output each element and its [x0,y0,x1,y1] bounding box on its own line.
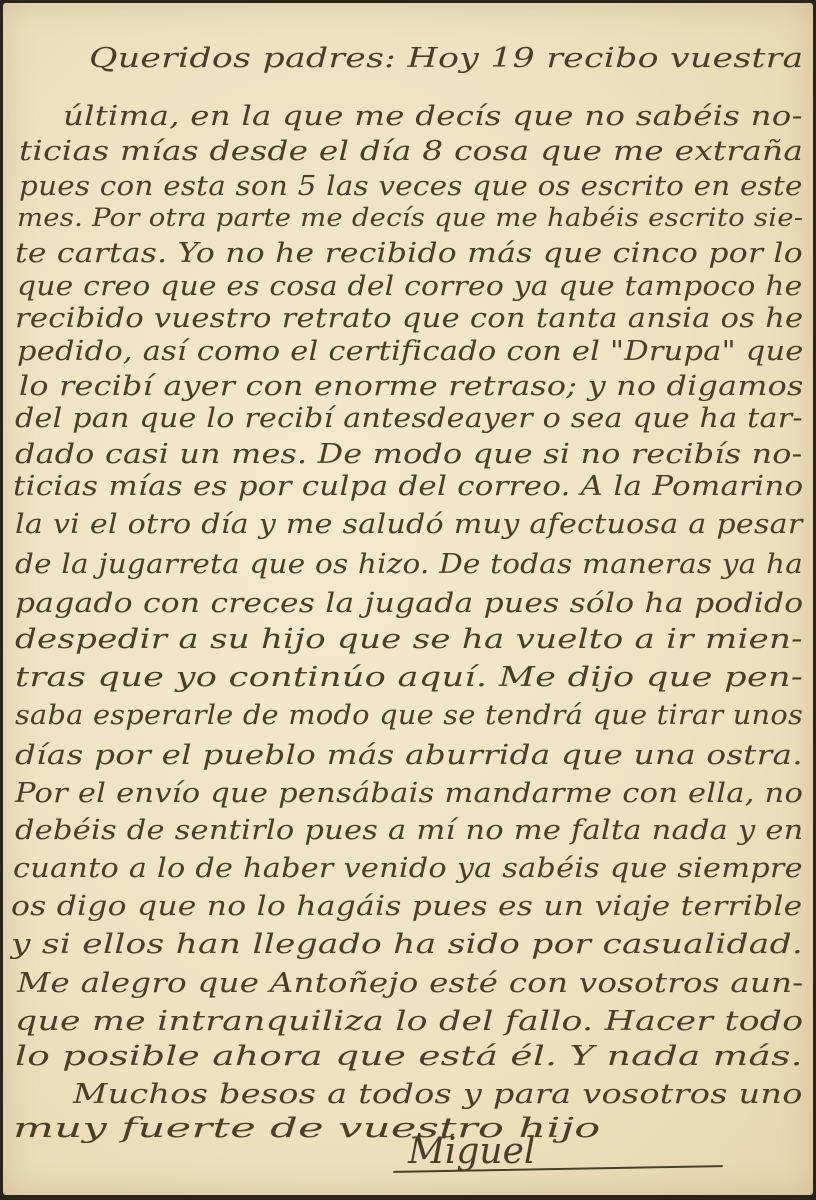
letter-line: del pan que lo recibí antesdeayer o sea … [15,403,803,434]
letter-line: recibido vuestro retrato que con tanta a… [15,303,803,334]
letter-line: última, en la que me decís que no sabéis… [63,101,803,132]
letter-line: debéis de sentirlo pues a mí no me falta… [15,815,803,846]
letter-line: Por el envío que pensábais mandarme con … [15,778,803,809]
letter-line: ticias mías desde el día 8 cosa que me e… [19,136,803,167]
letter-line: ticias mías es por culpa del correo. A l… [13,471,803,502]
letter-line: saba esperarle de modo que se tendrá que… [15,700,803,731]
signature: Miguel [408,1131,535,1172]
letter-line: lo recibí ayer con enorme retraso; y no … [19,371,804,402]
letter-line: despedir a su hijo que se ha vuelto a ir… [15,624,803,655]
letter-line: días por el pueblo más aburrida que una … [15,740,803,771]
letter-line: pedido, así como el certificado con el "… [17,336,804,367]
letter-line: que creo que es cosa del correo ya que t… [17,271,802,302]
letter-line: dado casi un mes. De modo que si no reci… [15,439,803,470]
letter-line: lo posible ahora que está él. Y nada más… [15,1041,803,1072]
letter-line: Me alegro que Antoñejo esté con vosotros… [17,968,804,999]
letter-line: y si ellos han llegado ha sido por casua… [11,929,803,960]
letter-line: te cartas. Yo no he recibido más que cin… [15,238,803,269]
letter-line: tras que yo continúo aquí. Me dijo que p… [15,662,803,693]
postcard: Queridos padres: Hoy 19 recibo vuestra ú… [3,3,813,1195]
letter-line: os digo que no lo hagáis pues es un viaj… [11,891,803,922]
letter-line: mes. Por otra parte me decís que me habé… [17,203,803,233]
letter-line: cuanto a lo de haber venido ya sabéis qu… [13,853,803,884]
letter-greeting-line: Queridos padres: Hoy 19 recibo vuestra [89,43,804,74]
letter-closing-line: Muchos besos a todos y para vosotros uno [73,1079,803,1110]
letter-line: la vi el otro día y me saludó muy afectu… [15,509,803,540]
letter-line: pues con esta son 5 las veces que os esc… [19,171,803,202]
letter-line: que me intranquiliza lo del fallo. Hacer… [15,1006,803,1037]
letter-line: de la jugarreta que os hizo. De todas ma… [15,549,803,580]
letter-line: pagado con creces la jugada pues sólo ha… [15,588,803,619]
